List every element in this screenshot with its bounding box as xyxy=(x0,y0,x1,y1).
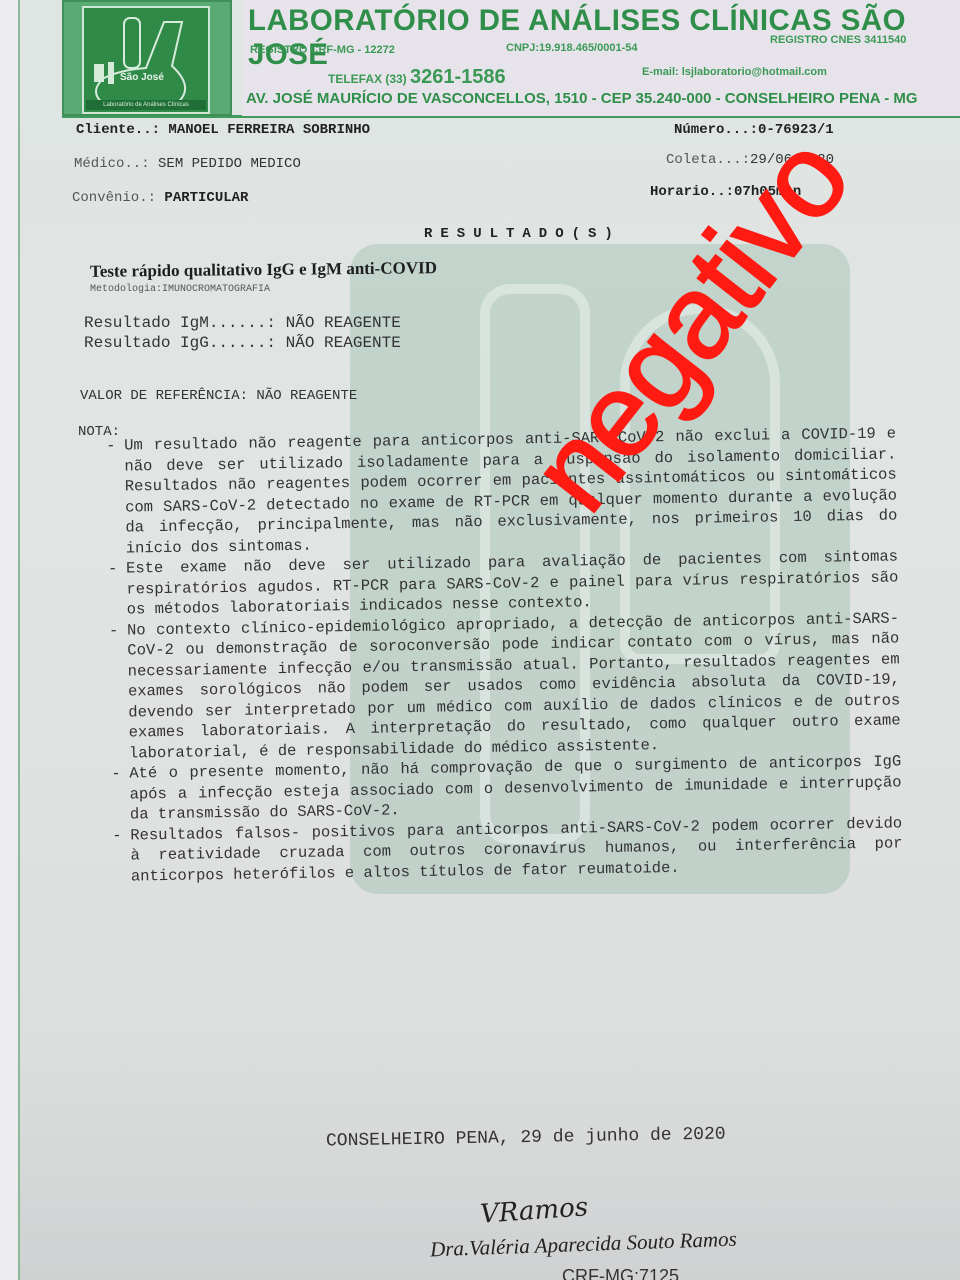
cliente-field: Cliente..: MANOEL FERREIRA SOBRINHO xyxy=(76,122,370,138)
note-item: No contexto clínico-epidemiológico aprop… xyxy=(99,608,901,764)
letterhead: São José Laboratório de Análises Clínica… xyxy=(62,0,960,118)
registro-crf: REGISTRO CRF-MG - 12272 xyxy=(250,44,395,56)
email: E-mail: lsjlaboratorio@hotmail.com xyxy=(642,66,827,78)
logo-caption: Laboratório de Análises Clínicas xyxy=(86,100,206,110)
flask-icon xyxy=(84,8,208,112)
cnpj: CNPJ:19.918.465/0001-54 xyxy=(506,42,637,54)
telefax-number: 3261-1586 xyxy=(410,66,506,88)
lab-report-sheet: São José Laboratório de Análises Clínica… xyxy=(20,0,960,1280)
registro-cnes: REGISTRO CNES 3411540 xyxy=(770,34,906,46)
test-title: Teste rápido qualitativo IgG e IgM anti-… xyxy=(90,258,437,282)
place-date: CONSELHEIRO PENA, 29 de junho de 2020 xyxy=(326,1125,726,1152)
doctor-crf: CRF-MG:7125 xyxy=(562,1266,679,1280)
logo-name: São José xyxy=(120,72,164,83)
adjacent-page-edge xyxy=(0,0,20,1280)
methodology: Metodologia:IMUNOCROMATOGRAFIA xyxy=(90,284,270,295)
reference-value: VALOR DE REFERÊNCIA: NÃO REAGENTE xyxy=(80,388,357,404)
telefax-label: TELEFAX (33) xyxy=(328,72,407,86)
medico-field: Médico..: SEM PEDIDO MEDICO xyxy=(74,156,301,172)
lab-logo: São José Laboratório de Análises Clínica… xyxy=(62,0,232,116)
doctor-name: Dra.Valéria Aparecida Souto Ramos xyxy=(430,1227,738,1263)
letterhead-text: LABORATÓRIO DE ANÁLISES CLÍNICAS SÃO JOS… xyxy=(242,0,960,116)
note-item: Resultados falsos- positivos para antico… xyxy=(102,813,903,887)
note-item: Um resultado não reagente para anticorpo… xyxy=(96,423,898,559)
notes-list: Um resultado não reagente para anticorpo… xyxy=(96,423,903,887)
result-igm: Resultado IgM......: NÃO REAGENTE xyxy=(84,314,401,332)
results-heading: RESULTADO(S) xyxy=(424,226,621,242)
address: AV. JOSÉ MAURÍCIO DE VASCONCELLOS, 1510 … xyxy=(246,90,918,107)
result-igg: Resultado IgG......: NÃO REAGENTE xyxy=(84,334,401,352)
signature: VRamos xyxy=(479,1192,589,1229)
convenio-field: Convênio.: PARTICULAR xyxy=(72,190,248,206)
telefax: TELEFAX (33) 3261-1586 xyxy=(328,66,506,89)
